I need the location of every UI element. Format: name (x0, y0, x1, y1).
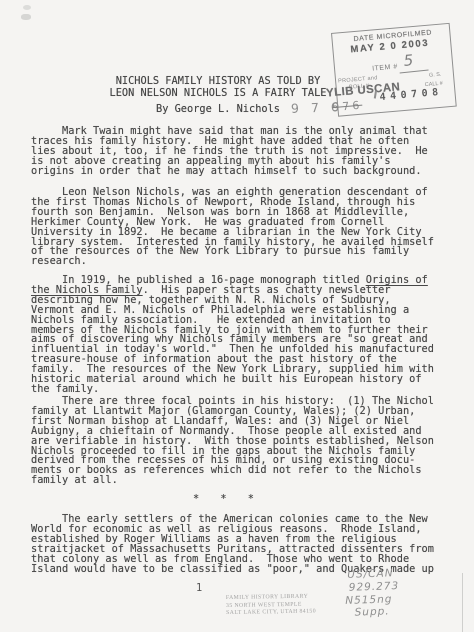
paragraph-mark-twain: Mark Twain might have said that man is t… (31, 127, 428, 177)
gs-label: G. S. (429, 72, 442, 79)
item-number-label: ITEM # (372, 63, 398, 72)
paragraph-leon-nelson: Leon Nelson Nichols, was an eighth gener… (31, 188, 434, 267)
crossed-out-number: 976 (332, 99, 363, 115)
paragraph-early-settlers: The early settlers of the American colon… (31, 515, 434, 574)
page-number: 1 (196, 582, 202, 594)
text-line: family at all. (31, 476, 434, 486)
scanned-document-page: NICHOLS FAMILY HISTORY AS TOLD BY LEON N… (0, 0, 474, 632)
call-number-line: N515ng (345, 593, 400, 608)
microfilm-stamp: DATE MICROFILMED MAY 2 0 2003 ITEM # 5 P… (331, 23, 457, 117)
scan-smudge (23, 5, 31, 10)
text-line: research. (31, 257, 434, 267)
item-number-handwritten: 5 (403, 51, 414, 70)
handwritten-call-number: US/CAN 929.273 N515ng Supp. (343, 567, 400, 620)
library-stamp-line: SALT LAKE CITY, UTAH 84150 (226, 608, 346, 618)
scan-smudge (21, 14, 31, 20)
paper-edge-line (462, 573, 463, 632)
text-line: origins in order that he may attach hims… (31, 167, 428, 177)
paragraph-focal-points: There are three focal points in his hist… (31, 397, 434, 486)
library-stamp: FAMILY HISTORY LIBRARY 35 NORTH WEST TEM… (226, 593, 346, 618)
asterisk-separator: * * * (193, 493, 254, 505)
text-line: the family. (31, 385, 434, 395)
item-number-underline (400, 70, 429, 74)
call-number-line: 929.273 (349, 580, 400, 595)
paragraph-monograph: In 1919, he published a 16-page monograp… (31, 276, 434, 395)
text-line: of the resources of the New York Library… (31, 247, 434, 257)
call-number-line: Supp. (354, 605, 400, 619)
